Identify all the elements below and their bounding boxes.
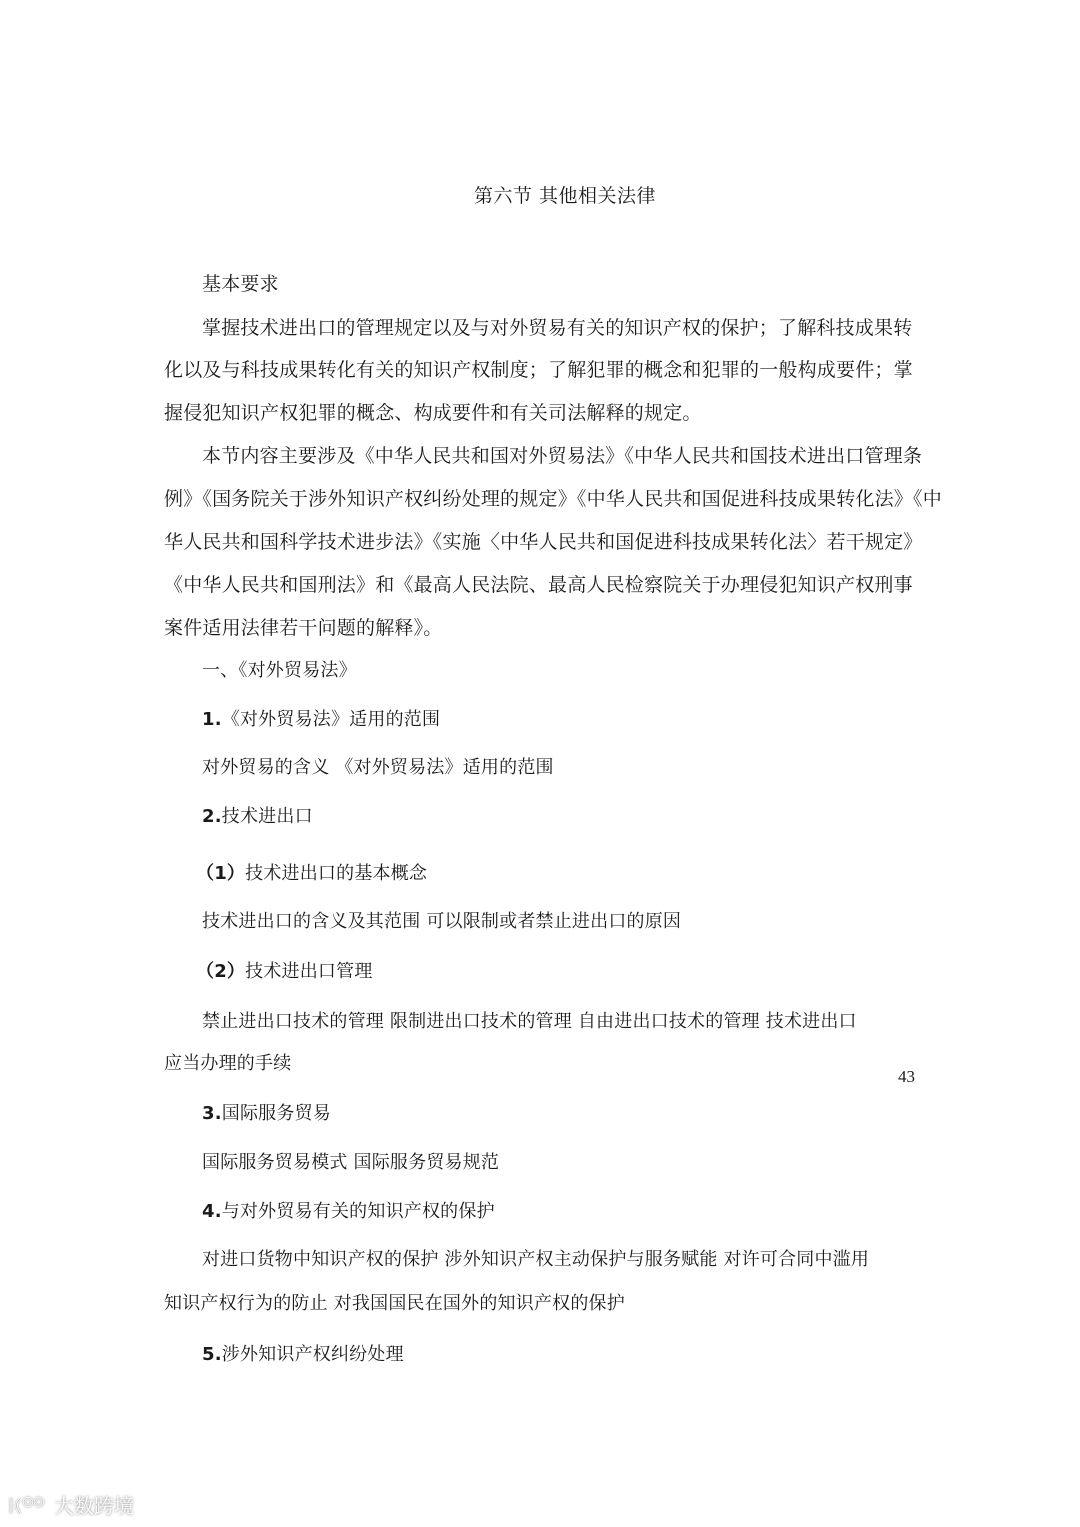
item-2-heading: 2.技术进出口 <box>202 805 313 829</box>
item-5-title: 涉外知识产权纠纷处理 <box>222 1344 404 1365</box>
scope-line-1: 本节内容主要涉及《中华人民共和国对外贸易法》《中华人民共和国技术进出口管理条 <box>202 444 922 468</box>
page-number: 43 <box>898 1067 915 1087</box>
item-2-number: 2. <box>202 806 222 827</box>
subitem-2-2-title: 技术进出口管理 <box>245 961 372 982</box>
requirements-line-3: 握侵犯知识产权犯罪的概念、构成要件和有关司法解释的规定。 <box>164 401 702 425</box>
subitem-2-2-content-line-2: 应当办理的手续 <box>164 1052 291 1076</box>
scope-line-5: 案件适用法律若干问题的解释》。 <box>164 616 443 640</box>
item-3-heading: 3.国际服务贸易 <box>202 1102 331 1126</box>
scope-line-3: 华人民共和国科学技术进步法》《实施〈中华人民共和国促进科技成果转化法〉若干规定》 <box>164 530 923 554</box>
document-page: 第六节 其他相关法律 基本要求 掌握技术进出口的管理规定以及与对外贸易有关的知识… <box>0 0 1080 1527</box>
watermark: 大数跨境 <box>8 1490 134 1519</box>
item-1-title: 《对外贸易法》适用的范围 <box>222 709 440 730</box>
scope-line-2: 例》《国务院关于涉外知识产权纠纷处理的规定》《中华人民共和国促进科技成果转化法》… <box>164 487 942 511</box>
item-3-content: 国际服务贸易模式 国际服务贸易规范 <box>202 1151 499 1175</box>
item-1-heading: 1.《对外贸易法》适用的范围 <box>202 708 440 732</box>
item-2-title: 技术进出口 <box>222 806 313 827</box>
part-one-heading: 一、《对外贸易法》 <box>202 659 357 683</box>
subitem-2-1-title: 技术进出口的基本概念 <box>245 863 427 884</box>
item-3-title: 国际服务贸易 <box>222 1103 331 1124</box>
item-5-number: 5. <box>202 1344 222 1365</box>
item-4-title: 与对外贸易有关的知识产权的保护 <box>222 1201 495 1222</box>
item-4-heading: 4.与对外贸易有关的知识产权的保护 <box>202 1200 495 1224</box>
section-title: 第六节 其他相关法律 <box>0 184 1080 208</box>
item-1-content: 对外贸易的含义 《对外贸易法》适用的范围 <box>202 756 554 780</box>
basic-requirements-heading: 基本要求 <box>202 272 279 296</box>
item-1-number: 1. <box>202 709 222 730</box>
requirements-line-2: 化以及与科技成果转化有关的知识产权制度；了解犯罪的概念和犯罪的一般构成要件；掌 <box>164 358 913 382</box>
scope-line-4: 《中华人民共和国刑法》和《最高人民法院、最高人民检察院关于办理侵犯知识产权刑事 <box>164 573 913 597</box>
item-5-heading: 5.涉外知识产权纠纷处理 <box>202 1343 404 1367</box>
watermark-text: 大数跨境 <box>54 1490 134 1519</box>
subitem-2-1-heading: （1）技术进出口的基本概念 <box>196 862 427 886</box>
item-3-number: 3. <box>202 1103 222 1124</box>
k100-logo-icon <box>8 1494 48 1516</box>
subitem-2-1-content: 技术进出口的含义及其范围 可以限制或者禁止进出口的原因 <box>202 910 681 934</box>
item-4-number: 4. <box>202 1201 222 1222</box>
item-4-content-line-1: 对进口货物中知识产权的保护 涉外知识产权主动保护与服务赋能 对许可合同中滥用 <box>202 1248 869 1272</box>
subitem-2-2-content-line-1: 禁止进出口技术的管理 限制进出口技术的管理 自由进出口技术的管理 技术进出口 <box>202 1010 857 1034</box>
subitem-2-1-number: （1） <box>196 863 245 884</box>
item-4-content-line-2: 知识产权行为的防止 对我国国民在国外的知识产权的保护 <box>164 1292 625 1316</box>
subitem-2-2-number: （2） <box>196 961 245 982</box>
subitem-2-2-heading: （2）技术进出口管理 <box>196 960 373 984</box>
requirements-line-1: 掌握技术进出口的管理规定以及与对外贸易有关的知识产权的保护；了解科技成果转 <box>202 316 912 340</box>
